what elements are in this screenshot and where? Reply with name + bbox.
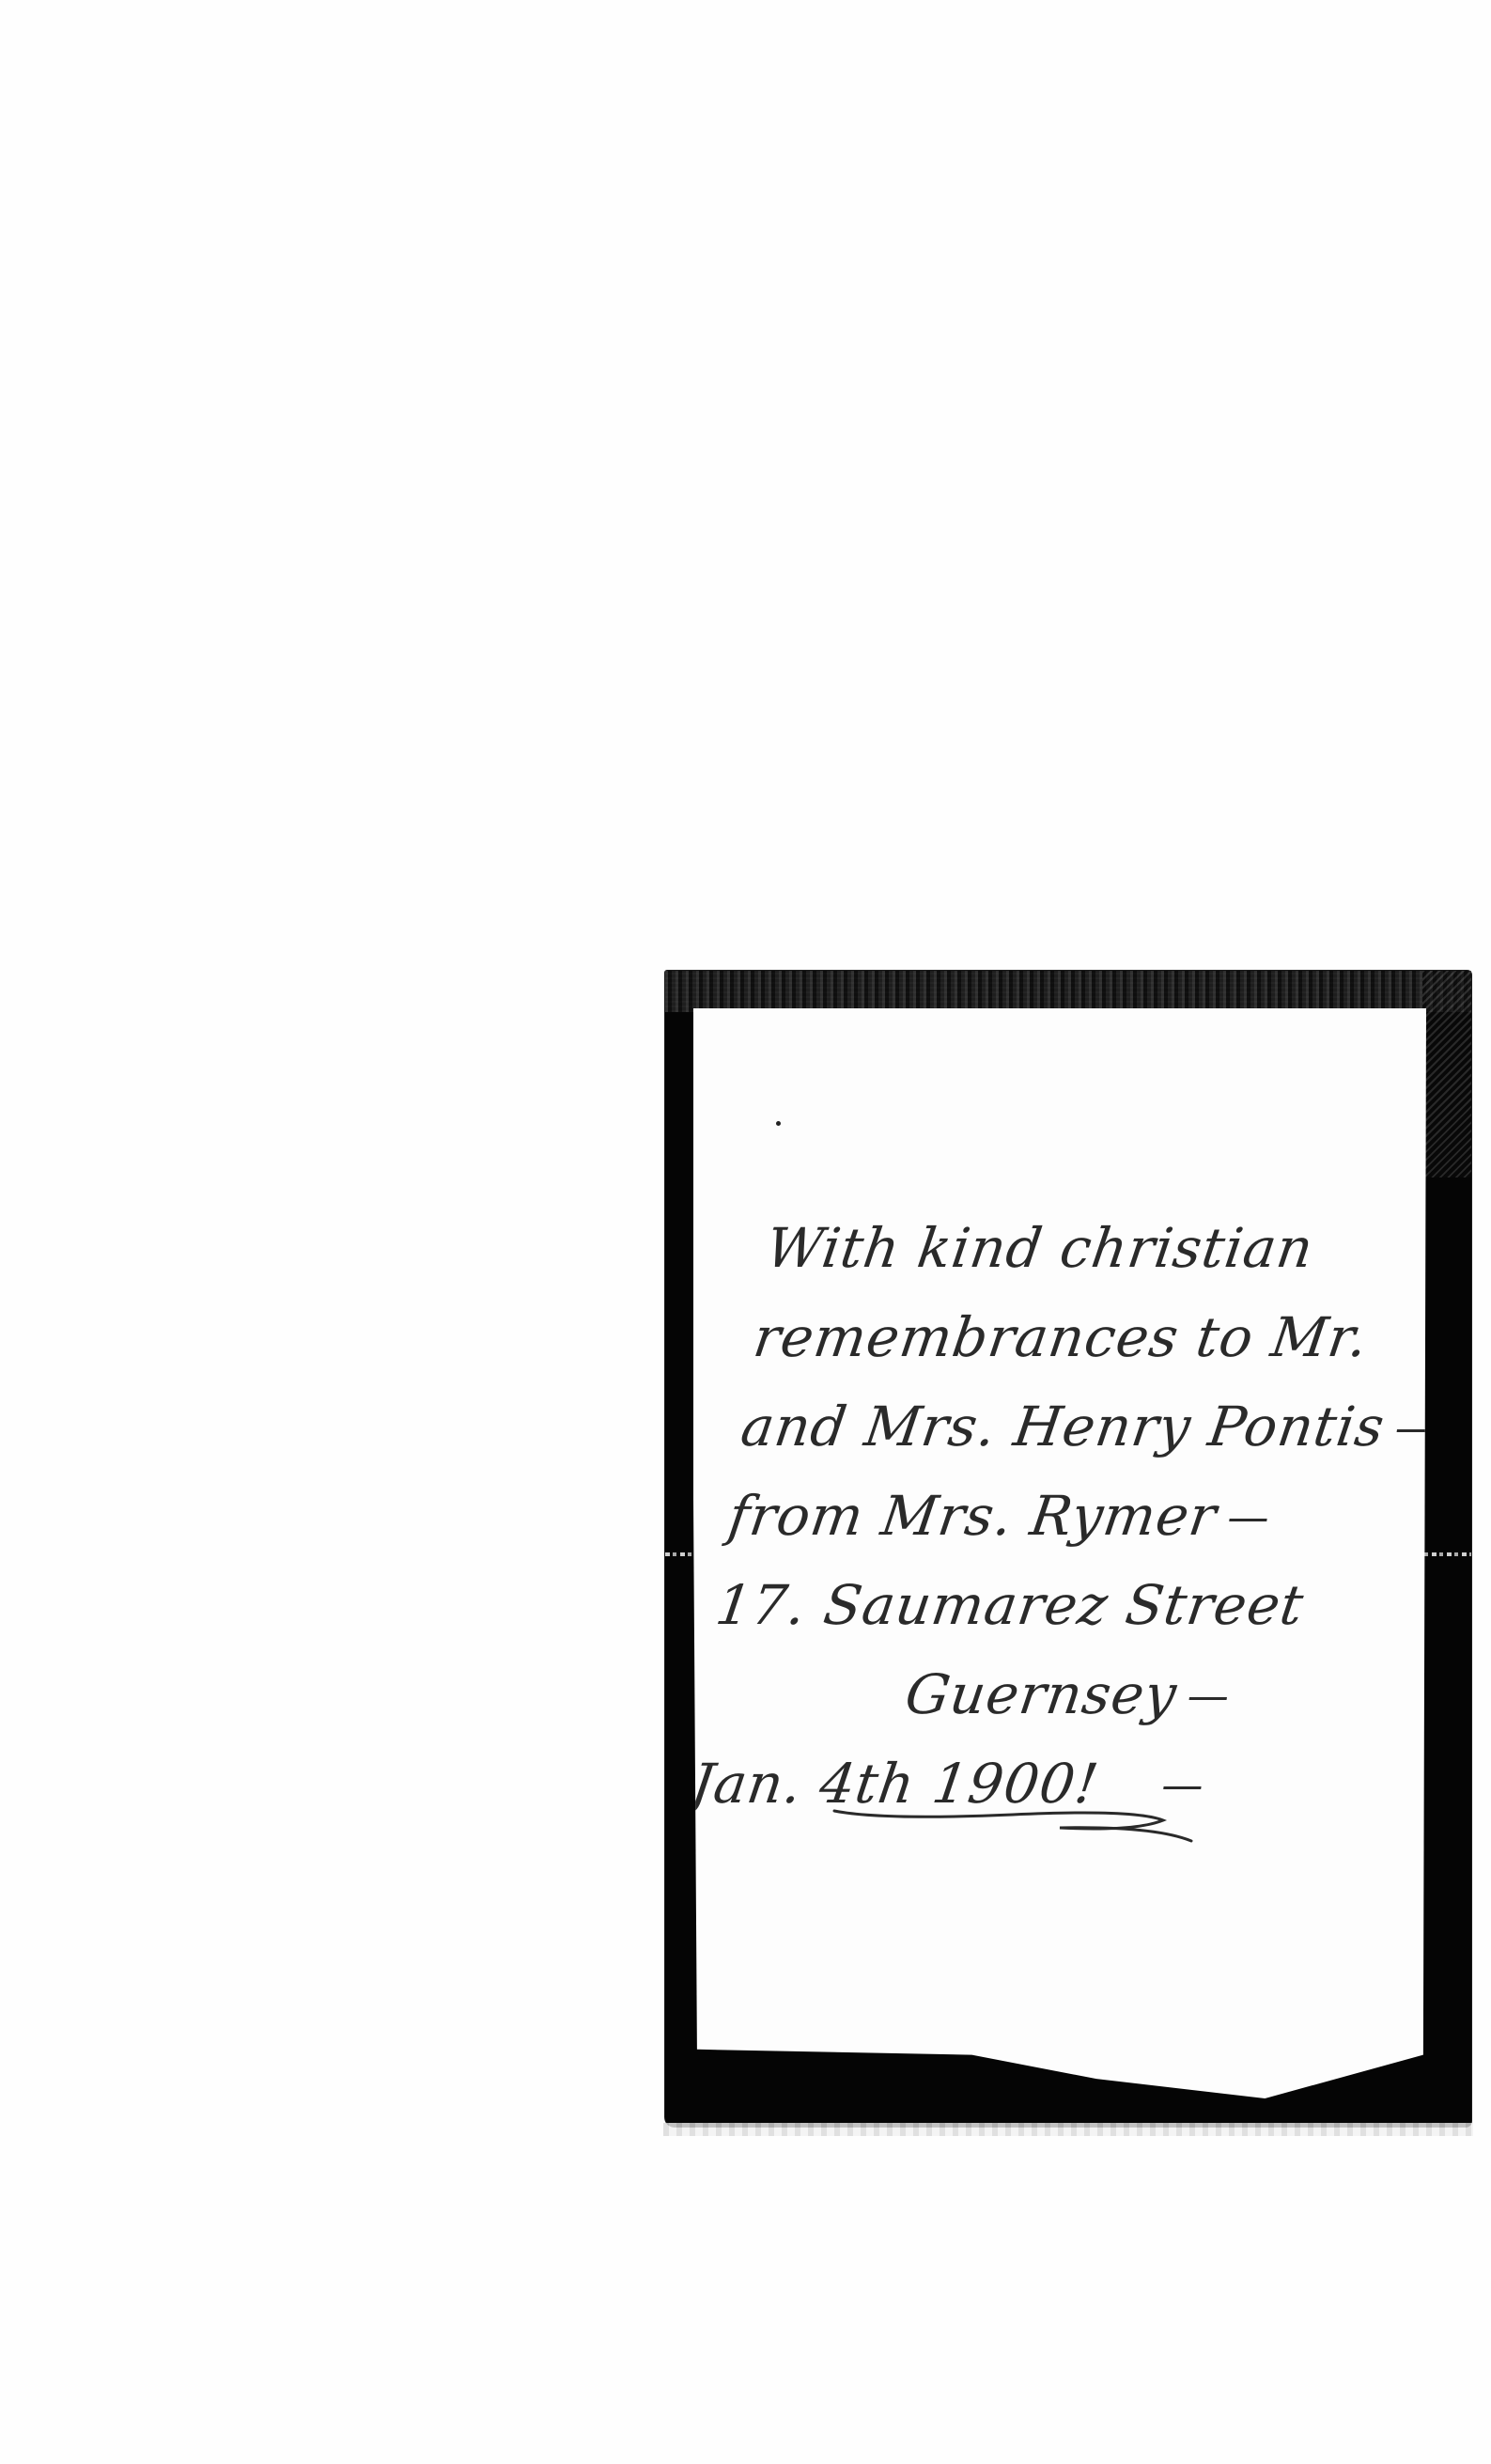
scanned-page: With kind christian remembrances to Mr. … <box>0 0 1491 2464</box>
place-line: Guernsey <box>698 1650 1387 1739</box>
dash-mark <box>1163 1786 1201 1789</box>
message-line-2: remembrances to Mr. <box>748 1293 1437 1382</box>
mourning-card: With kind christian remembrances to Mr. … <box>665 971 1471 2127</box>
address-line: 17. Saumarez Street <box>710 1561 1399 1650</box>
handwritten-message: With kind christian remembrances to Mr. … <box>685 1204 1449 1829</box>
line-text: 17. Saumarez Street <box>712 1573 1308 1637</box>
dash-mark <box>1188 1697 1226 1700</box>
line-text: With kind christian <box>762 1216 1317 1280</box>
line-text: Guernsey <box>902 1662 1182 1726</box>
message-line-4: from Mrs. Rymer <box>722 1472 1411 1561</box>
dash-mark <box>1397 1429 1435 1432</box>
line-text: and Mrs. Henry Pontis <box>738 1395 1390 1458</box>
dash-mark <box>1229 1519 1266 1521</box>
message-line-1: With kind christian <box>760 1204 1449 1293</box>
message-line-3: and Mrs. Henry Pontis <box>736 1382 1424 1472</box>
writing-panel: With kind christian remembrances to Mr. … <box>693 1008 1426 2098</box>
underline-flourish <box>825 1800 1201 1856</box>
line-text: remembrances to Mr. <box>750 1305 1373 1369</box>
card-bottom-edge <box>663 2123 1473 2136</box>
line-text: from Mrs. Rymer <box>724 1484 1220 1548</box>
ink-dot <box>776 1121 781 1126</box>
card-border-corner <box>1422 971 1471 1177</box>
card-border-top <box>665 971 1471 1012</box>
